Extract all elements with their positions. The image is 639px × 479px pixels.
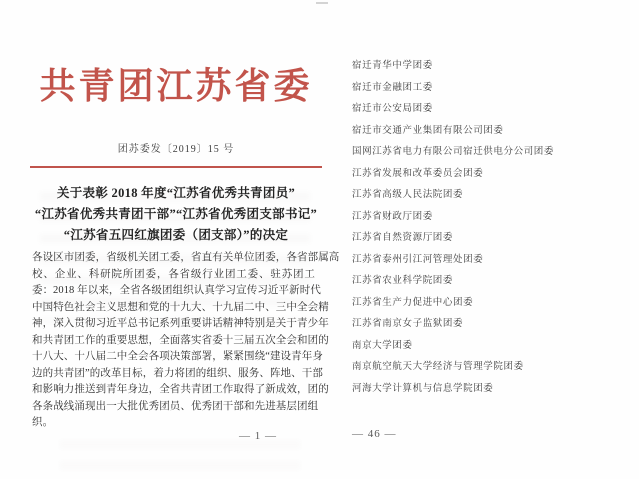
list-item: 宿迁市金融团工委	[352, 78, 602, 100]
list-item: 南京大学团委	[352, 336, 602, 358]
list-item: 江苏省生产力促进中心团委	[352, 293, 602, 315]
list-item: 江苏省财政厅团委	[352, 207, 602, 229]
list-item: 国网江苏省电力有限公司宿迁供电分公司团委	[352, 142, 602, 164]
list-item: 江苏省高级人民法院团委	[352, 185, 602, 207]
red-divider-line	[30, 166, 322, 168]
body-line: 和影响力推送到青年身边，全省共青团工作取得了新成效，团的	[32, 382, 315, 399]
letterhead-banner: 共青团江苏省委	[30, 58, 322, 109]
page-number-left: — 1 —	[198, 430, 318, 442]
body-line: 十八大、十八届二中全会各项决策部署，紧紧围绕“建设青年身	[32, 349, 315, 366]
document-scan: 共青团江苏省委 团苏委发〔2019〕15 号 关于表彰 2018 年度“江苏省优…	[0, 0, 639, 479]
title-line-2: “江苏省优秀共青团干部”“江苏省优秀团支部书记”	[24, 204, 328, 225]
body-line: 和共青团工作的重要思想，全面落实省委十三届五次全会和团的	[32, 333, 315, 350]
list-item: 宿迁青华中学团委	[352, 56, 602, 78]
title-line-1: 关于表彰 2018 年度“江苏省优秀共青团员”	[24, 183, 328, 204]
list-item: 江苏省自然资源厅团委	[352, 228, 602, 250]
left-page: 共青团江苏省委 团苏委发〔2019〕15 号 关于表彰 2018 年度“江苏省优…	[30, 0, 322, 479]
body-line: 校、企业、科研院所团委，各省级行业团工委、驻苏团工委：	[32, 267, 315, 284]
document-number: 团苏委发〔2019〕15 号	[30, 140, 322, 155]
document-title: 关于表彰 2018 年度“江苏省优秀共青团员” “江苏省优秀共青团干部”“江苏省…	[24, 183, 328, 246]
body-line: 各条战线涌现出一大批优秀团员、优秀团干部和先进基层团组	[32, 399, 315, 416]
list-item: 宿迁市交通产业集团有限公司团委	[352, 121, 602, 143]
list-item: 江苏省泰州引江河管理处团委	[352, 250, 602, 272]
title-line-3: “江苏省五四红旗团委（团支部）”的决定	[24, 225, 328, 246]
list-item: 南京航空航天大学经济与管理学院团委	[352, 357, 602, 379]
body-line: 中国特色社会主义思想和党的十九大、十九届二中、三中全会精	[32, 300, 315, 317]
body-line: 边的共青团”的改革目标，着力将团的组织、服务、阵地、干部	[32, 366, 315, 383]
list-item: 宿迁市公安局团委	[352, 99, 602, 121]
list-item: 江苏省农业科学院团委	[352, 271, 602, 293]
body-line: 神，深入贯彻习近平总书记系列重要讲话精神特别是关于青少年	[32, 316, 315, 333]
list-item: 河海大学计算机与信息学院团委	[352, 379, 602, 401]
organization-list: 宿迁青华中学团委 宿迁市金融团工委 宿迁市公安局团委 宿迁市交通产业集团有限公司…	[352, 56, 602, 400]
list-item: 江苏省南京女子监狱团委	[352, 314, 602, 336]
right-page: 宿迁青华中学团委 宿迁市金融团工委 宿迁市公安局团委 宿迁市交通产业集团有限公司…	[350, 0, 605, 479]
body-text: 各设区市团委，省级机关团工委，省直有关单位团委，各省部属高 校、企业、科研院所团…	[32, 250, 315, 432]
page-number-right: — 46 —	[352, 428, 422, 440]
list-item: 江苏省发展和改革委员会团委	[352, 164, 602, 186]
body-line: 2018 年以来，全省各级团组织认真学习宣传习近平新时代	[32, 283, 315, 300]
body-line: 各设区市团委，省级机关团工委，省直有关单位团委，各省部属高	[32, 250, 315, 267]
